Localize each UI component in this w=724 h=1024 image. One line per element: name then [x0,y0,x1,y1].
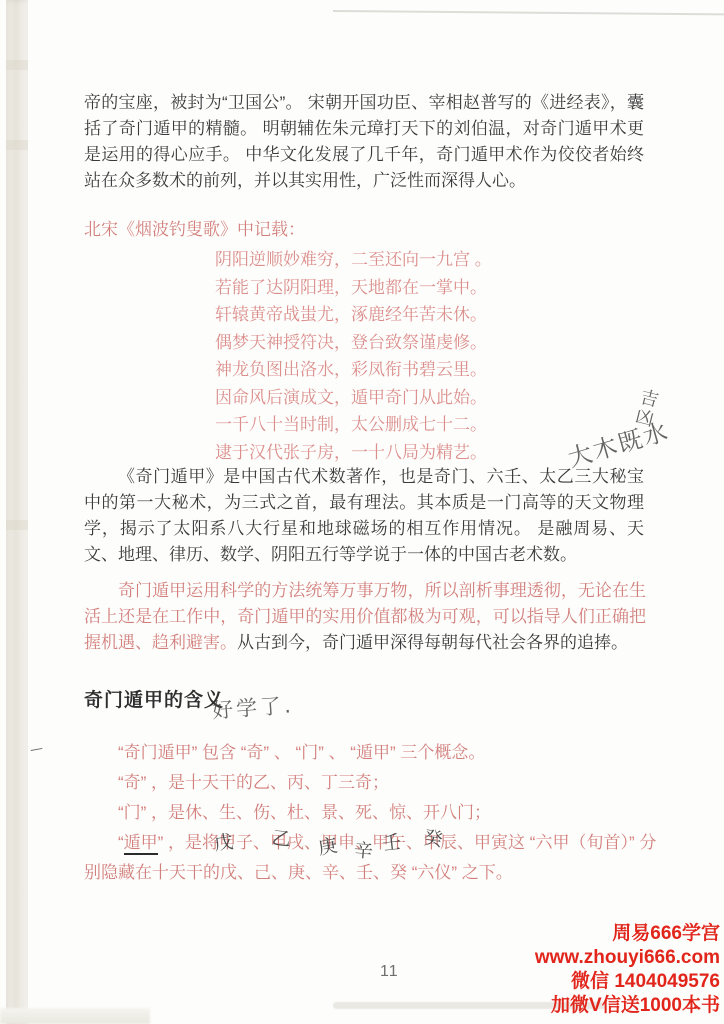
scan-page-edge-line [333,10,724,15]
handwriting-stem-mark: 乙 [271,823,293,852]
concept-line-overview: “奇门遁甲” 包含 “奇” 、 “门” 、 “遁甲” 三个概念。 [84,738,650,768]
scan-band [6,520,28,530]
scan-edge-strip [6,0,28,1024]
page-number: 11 [380,963,399,981]
handwriting-note-heading: 好学了. [211,689,295,725]
term-dunjia-underlined: 遁甲 [124,833,158,855]
quote-open: “ [118,833,124,852]
poem-line: 神龙负图出洛水，彩凤衔书碧云里。 [215,356,635,384]
section-heading: 奇门遁甲的含义 [84,688,224,714]
watermark-wechat: 微信 1404049576 [400,970,720,994]
scan-corner-smudge [0,1008,150,1024]
handwriting-stem-mark: 癸 [422,823,445,852]
scan-band [6,60,28,70]
concept-line-qi: “奇” ，是十天干的乙、丙、丁三奇； [84,768,650,798]
poem-line: 轩辕黄帝战蚩尤，涿鹿经年苦未休。 [215,301,635,329]
concept-line-men: “门” ，是休、生、伤、杜、景、死、惊、开八门； [84,798,650,828]
poem-line: 阴阳逆顺妙难穷，二至还向一九宫 。 [215,246,635,274]
poem-line: 一千八十当时制，太公删成七十二。 [215,411,635,439]
handwriting-stem-mark: 辛 [353,835,374,864]
watermark-promo: 加微V信送1000本书 [400,994,720,1018]
watermark-url: www.zhouyi666.com [400,946,720,970]
poem-line: 因命风后演成文，遁甲奇门从此始。 [215,384,635,412]
paragraph-qimen-overview: 《奇门遁甲》是中国古代术数著作，也是奇门、六壬、太乙三大秘宝中的第一大秘术，为三… [84,464,644,568]
paragraph-qimen-value-black: 从古到今，奇门遁甲深得每朝每代社会各界的追捧。 [237,633,628,652]
poem-line: 偶梦天神授符决，登台致祭谨虔修。 [215,329,635,357]
poem-yanbo-diaosou-ge: 阴阳逆顺妙难穷，二至还向一九宫 。 若能了达阴阳理，天地都在一掌中。 轩辕黄帝战… [215,246,635,466]
poem-line: 若能了达阴阳理，天地都在一掌中。 [215,274,635,302]
paragraph-intro: 帝的宝座，被封为“卫国公”。 宋朝开国功臣、宰相赵普写的《进经表》，囊括了奇门遁… [84,90,644,194]
watermark-block: 周易666学宫 www.zhouyi666.com 微信 1404049576 … [400,922,720,1018]
paragraph-qimen-value: 奇门遁甲运用科学的方法统筹万事万物，所以剖析事理透彻，无论在生活上还是在工作中，… [84,578,646,656]
handwriting-stem-mark: 戊 [212,827,235,856]
scanned-page: 帝的宝座，被封为“卫国公”。 宋朝开国功臣、宰相赵普写的《进经表》，囊括了奇门遁… [0,0,724,1024]
scan-band [6,140,28,150]
citation-intro: 北宋《烟波钓叟歌》中记载： [84,217,644,243]
concept-definitions: “奇门遁甲” 包含 “奇” 、 “门” 、 “遁甲” 三个概念。 “奇” ，是十… [84,738,650,888]
handwriting-margin-mark: — [29,741,44,758]
watermark-site-name: 周易666学宫 [400,922,720,946]
handwriting-stem-mark: 壬 [381,827,403,856]
